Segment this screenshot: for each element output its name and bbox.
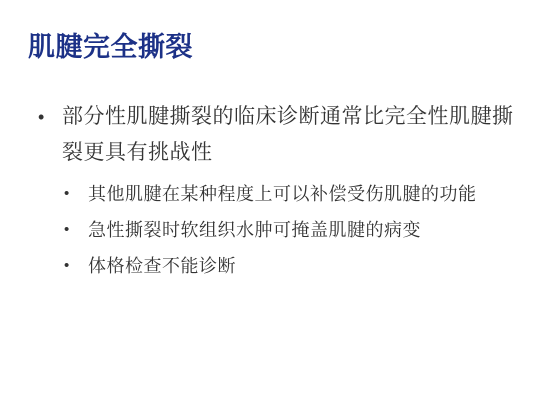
bullet-level2-list: • 其他肌腱在某种程度上可以补偿受伤肌腱的功能 • 急性撕裂时软组织水肿可掩盖肌…	[64, 176, 524, 284]
bullet-level1-text: 部分性肌腱撕裂的临床诊断通常比完全性肌腱撕裂更具有挑战性	[62, 99, 520, 171]
bullet-level2-item: • 其他肌腱在某种程度上可以补偿受伤肌腱的功能	[64, 176, 524, 212]
bullet-level1: • 部分性肌腱撕裂的临床诊断通常比完全性肌腱撕裂更具有挑战性	[38, 99, 524, 171]
bullet-level2-text: 急性撕裂时软组织水肿可掩盖肌腱的病变	[88, 212, 524, 248]
bullet-marker: •	[38, 99, 62, 135]
slide: 肌腱完全撕裂 • 部分性肌腱撕裂的临床诊断通常比完全性肌腱撕裂更具有挑战性 • …	[0, 0, 540, 400]
bullet-marker: •	[64, 248, 88, 284]
slide-title: 肌腱完全撕裂	[28, 31, 193, 63]
bullet-marker: •	[64, 212, 88, 248]
bullet-level2-text: 其他肌腱在某种程度上可以补偿受伤肌腱的功能	[88, 176, 524, 212]
bullet-level2-item: • 体格检查不能诊断	[64, 248, 524, 284]
bullet-marker: •	[64, 176, 88, 212]
bullet-level2-item: • 急性撕裂时软组织水肿可掩盖肌腱的病变	[64, 212, 524, 248]
bullet-level2-text: 体格检查不能诊断	[88, 248, 524, 284]
